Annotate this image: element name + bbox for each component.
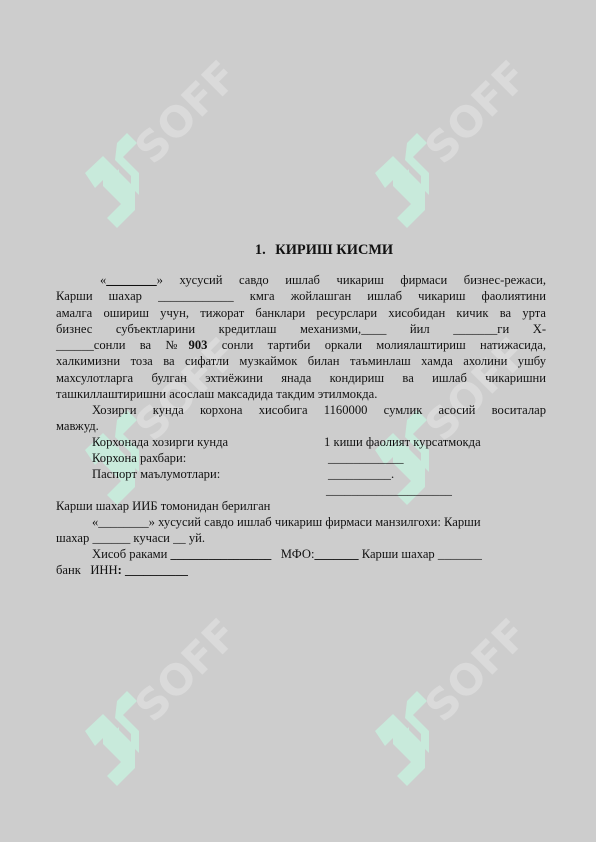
- assets-paragraph: Хозирги кунда корхона хисобига 1160000 с…: [56, 402, 546, 435]
- assets-line-1: Хозирги кунда корхона хисобига 1160000 с…: [56, 402, 546, 418]
- address-line-1: «________» хусусий савдо ишлаб чикариш ф…: [92, 514, 481, 530]
- mfo-label: МФО:: [281, 547, 315, 561]
- info-label-employees: Корхонада хозирги кунда: [92, 434, 228, 450]
- city-blank: _______: [438, 547, 482, 561]
- bank-label: банк: [56, 563, 81, 577]
- info-label-director: Корхона рахбари:: [92, 450, 186, 466]
- company-name-blank: ________: [106, 273, 156, 287]
- soff-logo-icon: SOFF: [365, 606, 535, 796]
- intro-line-6: халкимизни тоза ва сифатли музкаймок бил…: [56, 353, 546, 369]
- watermark-text: SOFF: [415, 51, 535, 173]
- intro-line-2: Карши шахар ____________ кмга жойлашган …: [56, 288, 546, 304]
- intro-paragraph: «________» хусусий савдо ишлаб чикариш ф…: [56, 272, 546, 402]
- heading-number: 1.: [255, 242, 266, 258]
- info-value-director: ____________: [328, 450, 404, 466]
- watermark-text: SOFF: [415, 609, 535, 731]
- bank-line-2: банк ИНН: __________: [56, 562, 188, 578]
- document-page: SOFF SOFF SOFF: [0, 0, 596, 842]
- soff-logo-icon: SOFF: [75, 606, 245, 796]
- address-line-2: шахар ______ кучаси __ уй.: [56, 530, 205, 546]
- issued-by: Карши шахар ИИБ томонидан берилган: [56, 498, 270, 514]
- date-blank: _______: [453, 322, 497, 336]
- street-blank: ______: [92, 531, 130, 545]
- assets-line-2: мавжуд.: [56, 418, 546, 434]
- info-value-passport: __________.: [328, 466, 394, 482]
- intro-line-3: амалга ошириш учун, тижорат банклари рес…: [56, 305, 546, 321]
- city-label: Карши шахар: [362, 547, 435, 561]
- location-blank: ____________: [158, 289, 234, 303]
- soff-logo-icon: SOFF: [365, 48, 535, 238]
- mfo-blank: _______: [314, 547, 358, 561]
- watermark-soff: SOFF: [75, 606, 245, 796]
- account-label: Хисоб раками: [92, 547, 167, 561]
- year-blank: ____: [361, 322, 386, 336]
- watermark-text: SOFF: [125, 51, 245, 173]
- info-value-employees: 1 киши фаолият курсатмокда: [324, 434, 481, 450]
- soff-logo-icon: SOFF: [75, 48, 245, 238]
- section-heading: 1. КИРИШ КИСМИ: [56, 242, 546, 258]
- company-name-blank-2: ________: [98, 515, 148, 529]
- intro-line-5: ______сонли ва №903 сонли тартиби оркали…: [56, 337, 546, 353]
- heading-title: КИРИШ КИСМИ: [275, 242, 393, 258]
- order-number: 903: [189, 338, 208, 352]
- bank-line-1: Хисоб раками ________________ МФО:______…: [92, 546, 482, 562]
- watermark-text: SOFF: [125, 609, 245, 731]
- intro-line-7: махсулотларга булган эхтиёжини янада кон…: [56, 370, 546, 386]
- watermark-soff: SOFF: [75, 48, 245, 238]
- info-value-extra: ____________________: [326, 482, 452, 498]
- intro-line-4: бизнес субъектларини кредитлаш механизми…: [56, 321, 546, 337]
- watermark-soff: SOFF: [365, 48, 535, 238]
- inn-blank: __________: [125, 563, 188, 577]
- info-label-passport: Паспорт маълумотлари:: [92, 466, 220, 482]
- intro-line-1: «________» хусусий савдо ишлаб чикариш ф…: [56, 272, 546, 288]
- resolution-blank: ______: [56, 338, 94, 352]
- intro-line-8: ташкиллаштиришни асослаш максадида такди…: [56, 386, 546, 402]
- inn-label: ИНН: [90, 563, 117, 577]
- house-blank: __: [173, 531, 186, 545]
- account-blank: ________________: [171, 547, 272, 561]
- watermark-soff: SOFF: [365, 606, 535, 796]
